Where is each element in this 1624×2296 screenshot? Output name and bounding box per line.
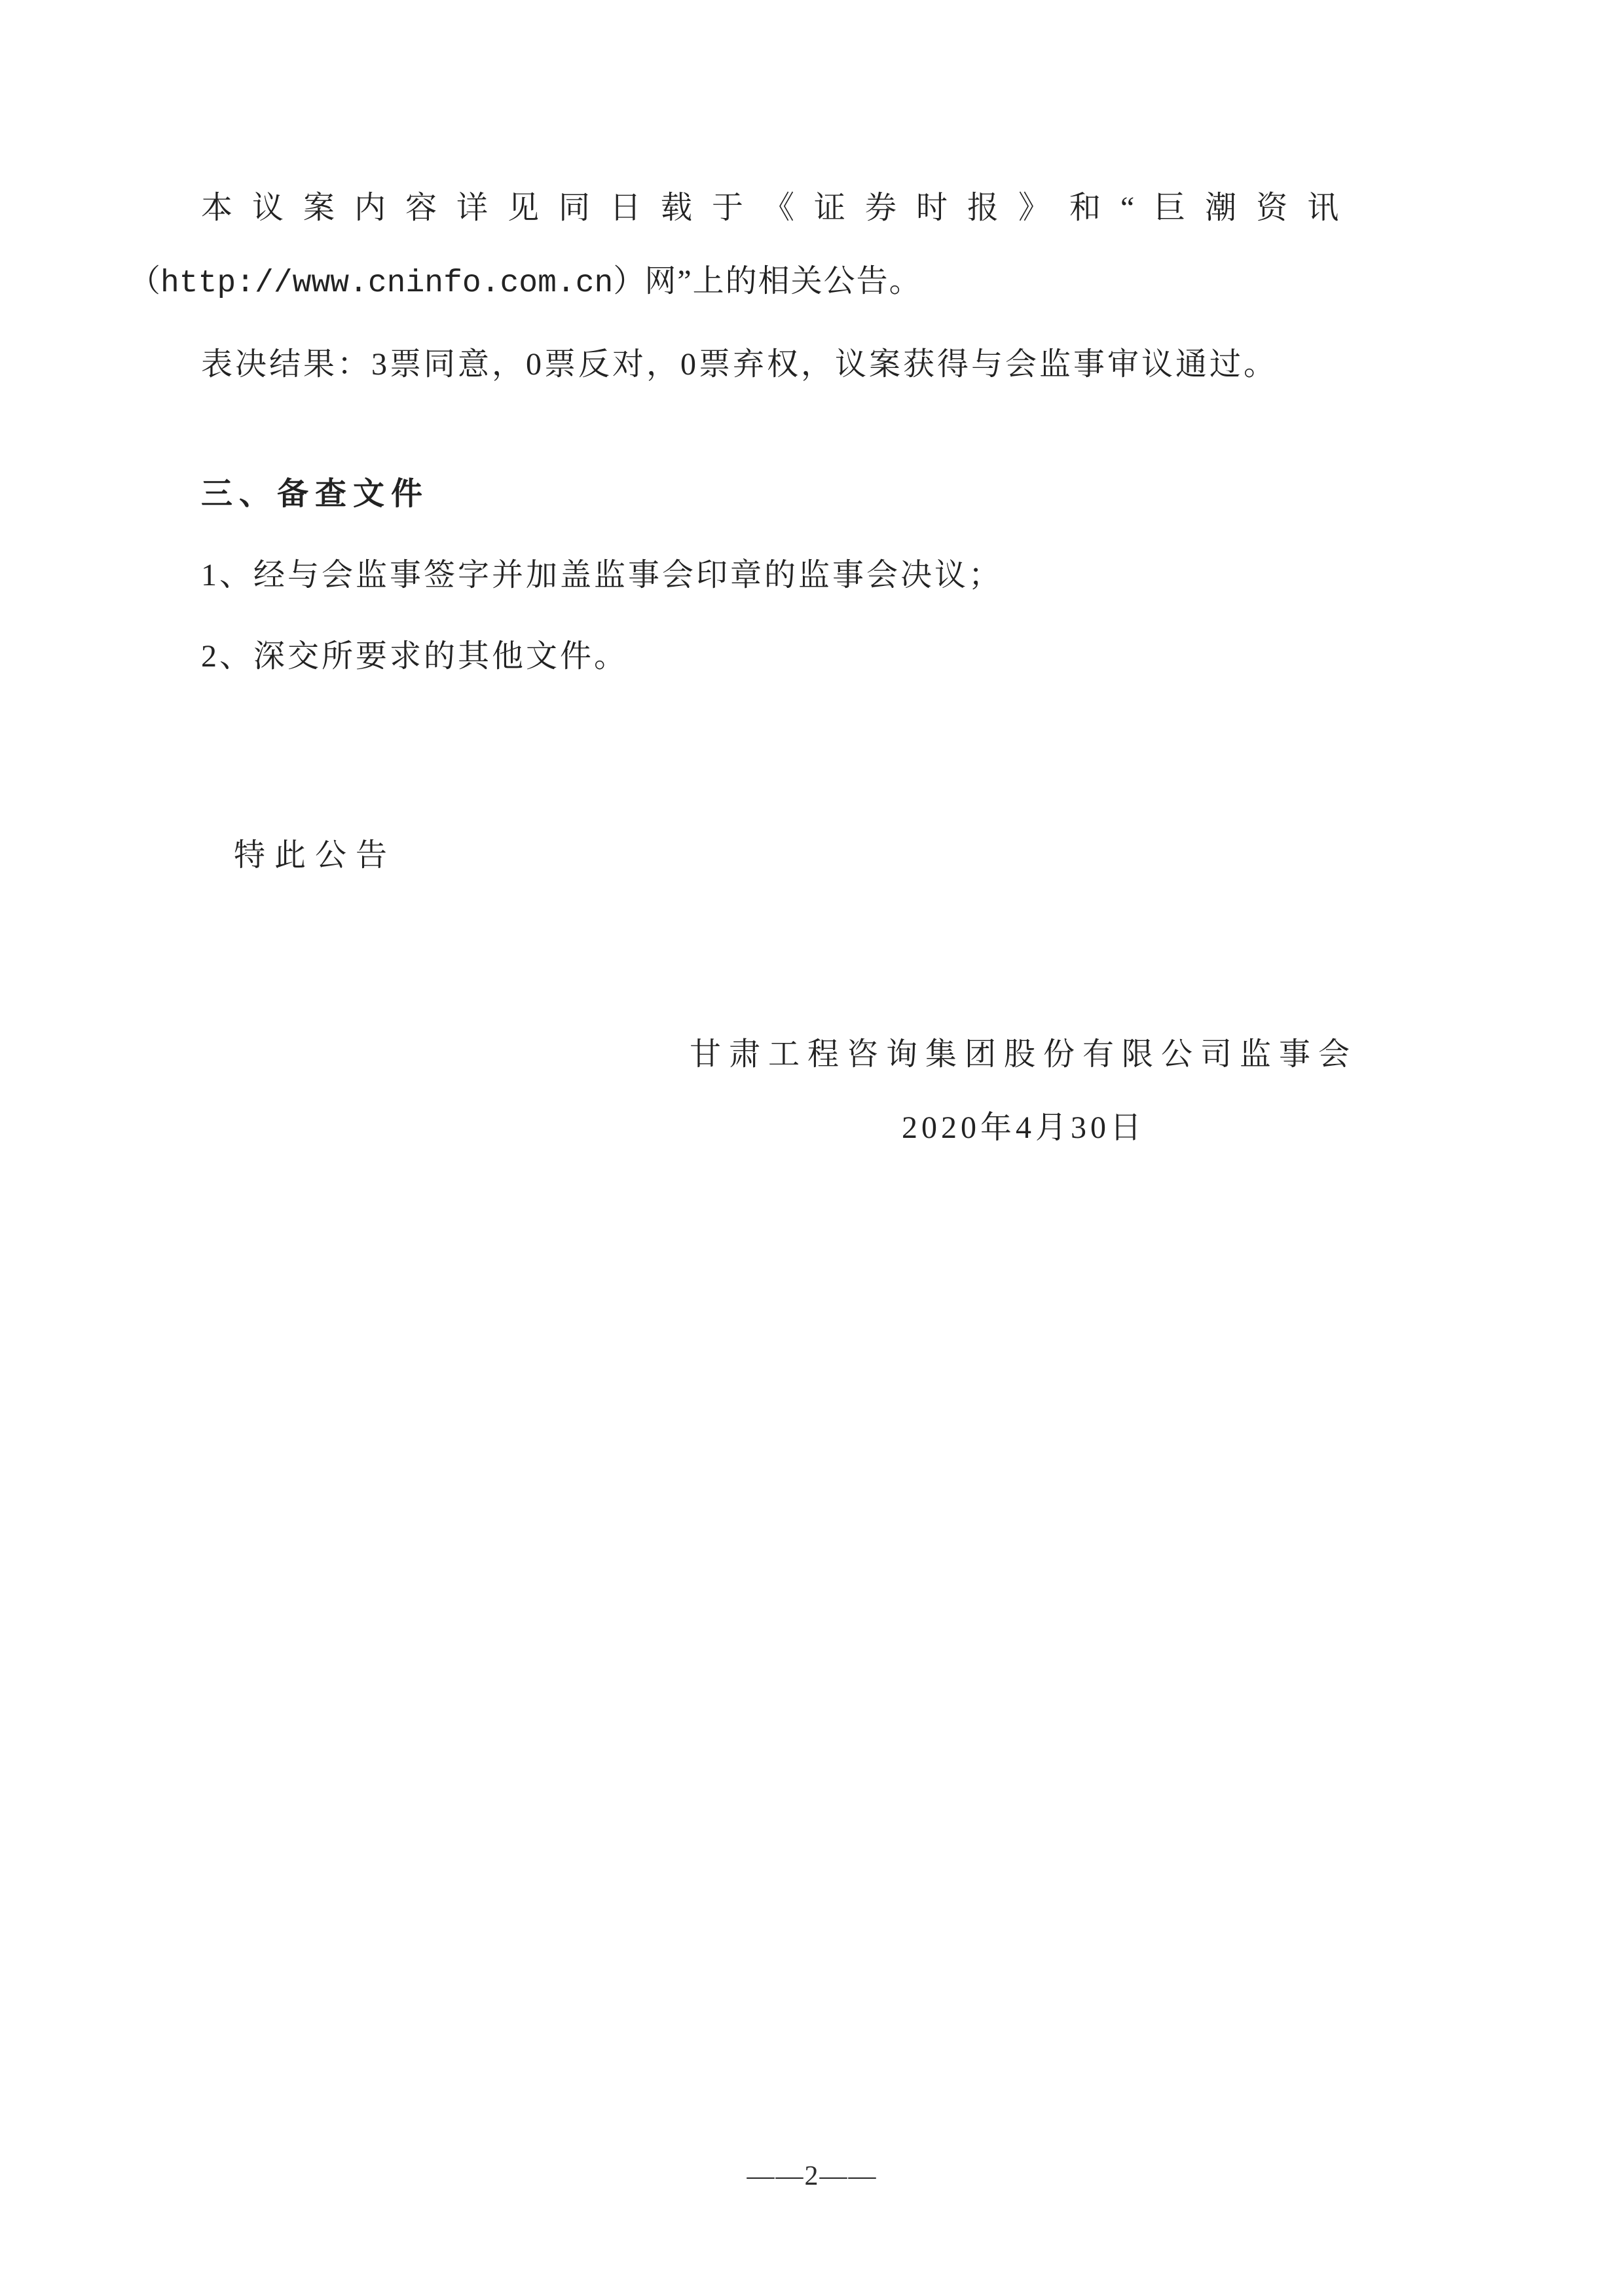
announcement-reference-line1: 本议案内容详见同日载于《证券时报》和“巨潮资讯 (129, 172, 1495, 245)
section-heading-reference-documents: 三、备查文件 (129, 458, 1495, 531)
document-body: 本议案内容详见同日载于《证券时报》和“巨潮资讯 （http://www.cnin… (129, 0, 1495, 1165)
page-number: ——2—— (0, 2160, 1624, 2193)
reference-document-item-1: 1、经与会监事签字并加盖监事会印章的监事会决议； (129, 539, 1495, 612)
reference-document-item-2: 2、深交所要求的其他文件。 (129, 620, 1495, 693)
signature-company-name: 甘肃工程咨询集团股份有限公司监事会 (690, 1018, 1357, 1091)
announcement-reference-line2-rest: 网”上的相关公告。 (644, 264, 921, 299)
signature-block: 甘肃工程咨询集团股份有限公司监事会 2020年4月30日 (690, 1018, 1357, 1165)
announcement-reference-line2: （http://www.cninfo.com.cn）网”上的相关公告。 (129, 245, 1495, 320)
vote-result-line: 表决结果：3票同意，0票反对，0票弃权，议案获得与会监事审议通过。 (129, 328, 1495, 401)
closing-statement: 特此公告 (129, 819, 1495, 892)
signature-date: 2020年4月30日 (690, 1091, 1357, 1165)
document-page: 本议案内容详见同日载于《证券时报》和“巨潮资讯 （http://www.cnin… (0, 0, 1624, 2296)
cninfo-url-text: （http://www.cninfo.com.cn） (129, 266, 644, 301)
